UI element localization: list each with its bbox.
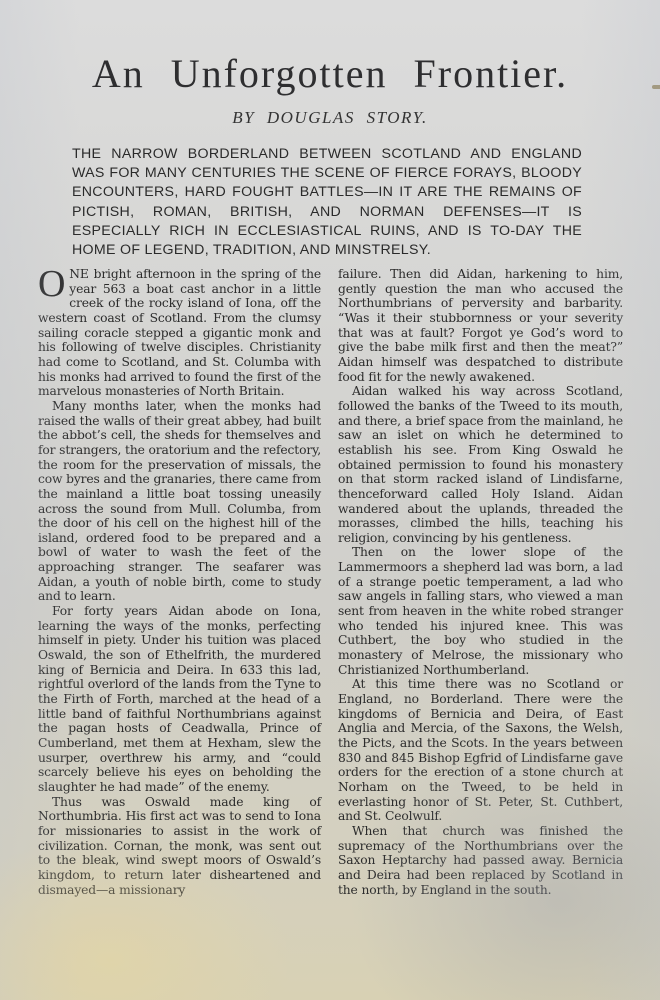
paragraph: For forty years Aidan abode on Iona, lea… — [38, 604, 321, 795]
paragraph: Aidan walked his way across Scotland, fo… — [338, 384, 623, 545]
page-edge-mark — [652, 85, 660, 89]
paragraph: At this time there was no Scotland or En… — [338, 677, 623, 824]
magazine-page: An Unforgotten Frontier. BY DOUGLAS STOR… — [0, 0, 660, 1000]
first-word-smallcaps: NE — [69, 267, 88, 281]
article-title: An Unforgotten Frontier. — [0, 50, 660, 97]
paragraph: Then on the lower slope of the Lammermoo… — [338, 545, 623, 677]
article-lede: THE NARROW BORDERLAND BETWEEN SCOTLAND A… — [72, 145, 582, 260]
paragraph-continued: failure. Then did Aidan, harkening to hi… — [338, 267, 623, 384]
article-byline: BY DOUGLAS STORY. — [0, 108, 660, 128]
paragraph: Many months later, when the monks had ra… — [38, 399, 321, 604]
paragraph: ONE bright afternoon in the spring of th… — [38, 267, 321, 399]
right-column: failure. Then did Aidan, harkening to hi… — [338, 267, 623, 897]
paragraph: Thus was Oswald made king of Northumbria… — [38, 795, 321, 898]
paragraph-text: bright afternoon in the spring of the ye… — [38, 267, 321, 398]
paragraph: When that church was finished the suprem… — [338, 824, 623, 897]
drop-cap: O — [38, 269, 65, 299]
left-column: ONE bright afternoon in the spring of th… — [38, 267, 321, 897]
